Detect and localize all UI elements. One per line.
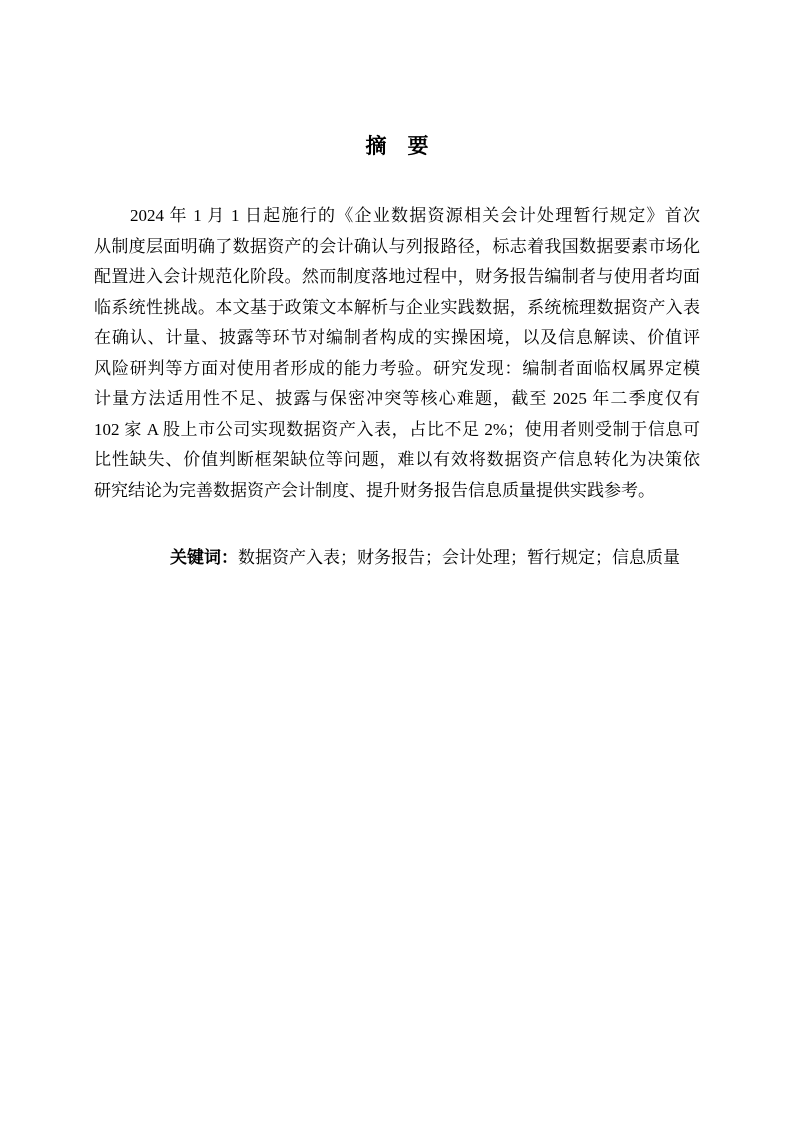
abstract-line: 2024 年 1 月 1 日起施行的《企业数据资源相关会计处理暂行规定》首次 bbox=[94, 201, 700, 232]
abstract-title: 摘 要 bbox=[94, 133, 700, 159]
keywords-text: 数据资产入表；财务报告；会计处理；暂行规定；信息质量 bbox=[238, 548, 680, 567]
abstract-line: 临系统性挑战。本文基于政策文本解析与企业实践数据，系统梳理数据资产入表 bbox=[94, 293, 700, 324]
abstract-line: 从制度层面明确了数据资产的会计确认与列报路径，标志着我国数据要素市场化 bbox=[94, 232, 700, 263]
abstract-line: 计量方法适用性不足、披露与保密冲突等核心难题，截至 2025 年二季度仅有 bbox=[94, 384, 700, 415]
abstract-line: 在确认、计量、披露等环节对编制者构成的实操困境，以及信息解读、价值评估、 bbox=[94, 323, 700, 354]
abstract-line: 风险研判等方面对使用者形成的能力考验。研究发现：编制者面临权属界定模糊、 bbox=[94, 354, 700, 385]
keywords-label: 关键词： bbox=[170, 548, 238, 567]
abstract-line: 研究结论为完善数据资产会计制度、提升财务报告信息质量提供实践参考。 bbox=[94, 476, 700, 507]
abstract-line: 配置进入会计规范化阶段。然而制度落地过程中，财务报告编制者与使用者均面 bbox=[94, 262, 700, 293]
abstract-line: 比性缺失、价值判断框架缺位等问题，难以有效将数据资产信息转化为决策依据。 bbox=[94, 445, 700, 476]
abstract-paragraph: 2024 年 1 月 1 日起施行的《企业数据资源相关会计处理暂行规定》首次 从… bbox=[94, 201, 700, 506]
document-page: 摘 要 2024 年 1 月 1 日起施行的《企业数据资源相关会计处理暂行规定》… bbox=[0, 0, 793, 1122]
keywords-line: 关键词：数据资产入表；财务报告；会计处理；暂行规定；信息质量 bbox=[94, 543, 700, 574]
abstract-line: 102 家 A 股上市公司实现数据资产入表，占比不足 2%；使用者则受制于信息可 bbox=[94, 415, 700, 446]
